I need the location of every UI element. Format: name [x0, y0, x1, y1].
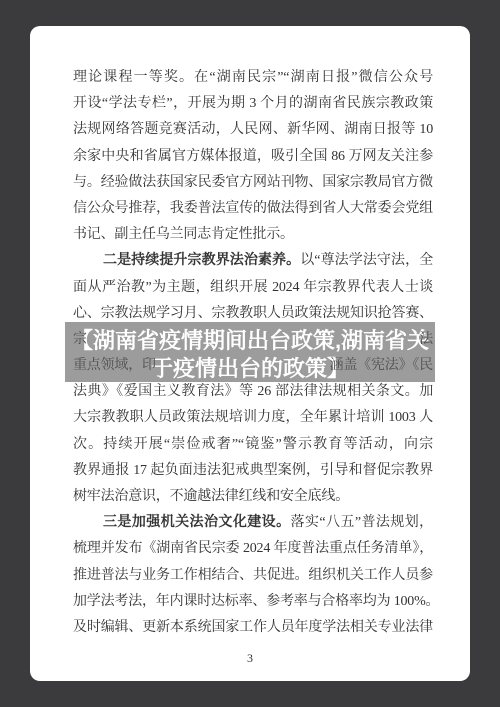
obscured-fragment-left: 宗	[73, 327, 87, 353]
text-line: 及时编辑、更新本系统国家工作人员年度学法相关专业法律	[73, 615, 433, 641]
text-line: 大宗教教职人员政策法规培训力度，全年累计培训 1003 人	[73, 405, 433, 431]
bold-lead: 三是加强机关法治文化建设。	[103, 515, 291, 530]
text-line: 开设“学法专栏”，开展为期 3 个月的湖南省民族宗教政策	[73, 91, 433, 117]
text-line: 加学法考法，年内课时达标率、参考率与合格率均为 100%。	[73, 589, 433, 615]
text-line: 信公众号推荐，我委普法宣传的做法得到省人大常委会党组	[73, 196, 433, 222]
obscured-fragment-right: 法	[419, 327, 433, 353]
text-line: 书记、副主任乌兰同志肯定性批示。	[73, 222, 433, 248]
text-line: 次。持续开展“崇俭戒奢”“镜鉴”警示教育等活动，向宗	[73, 432, 433, 458]
text-line: 法规网络答题竞赛活动，人民网、新华网、湖南日报等 10	[73, 117, 433, 143]
text-line: 与。经验做法获国家民委官方网站刊物、国家宗教局官方微	[73, 170, 433, 196]
bold-lead: 二是持续提升宗教界法治素养。	[103, 253, 300, 268]
reader-frame: { "page": { "frame_color": "#3b3b3e", "b…	[0, 0, 500, 707]
obscured-fragment-left: 重点领域，印	[73, 353, 156, 379]
text-line: 三是加强机关法治文化建设。落实“八五”普法规划，	[73, 510, 433, 536]
text-line: 梳理并发布《湖南省民宗委 2024 年度普法重点任务清单》，	[73, 536, 433, 562]
text-line: 法典》《爱国主义教育法》等 26 部法律法规相关条文。加	[73, 379, 433, 405]
page-number: 3	[30, 651, 470, 666]
text-line: 教界通报 17 起负面违法犯戒典型案例，引导和督促宗教界	[73, 458, 433, 484]
text-line: 重点领域，印涵盖《宪法》《民	[73, 353, 433, 379]
obscured-fragment-right: 涵盖《宪法》《民	[330, 353, 433, 379]
text-line: 理论课程一等奖。在“湖南民宗”“湖南日报”微信公众号	[73, 65, 433, 91]
text-line: 余家中央和省属官方媒体报道，吸引全国 86 万网友关注参	[73, 144, 433, 170]
text-line: 宗法	[73, 327, 433, 353]
document-page: 理论课程一等奖。在“湖南民宗”“湖南日报”微信公众号开设“学法专栏”，开展为期 …	[30, 26, 470, 681]
text-line: 树牢法治意识，不逾越法律红线和安全底线。	[73, 484, 433, 510]
text-line: 面从严治教”为主题，组织开展 2024 年宗教界代表人士谈	[73, 275, 433, 301]
document-text: 理论课程一等奖。在“湖南民宗”“湖南日报”微信公众号开设“学法专栏”，开展为期 …	[73, 65, 433, 641]
text-line: 推进普法与业务工作相结合、共促进。组织机关工作人员参	[73, 563, 433, 589]
text-line: 二是持续提升宗教界法治素养。以“尊法学法守法，全	[73, 248, 433, 274]
